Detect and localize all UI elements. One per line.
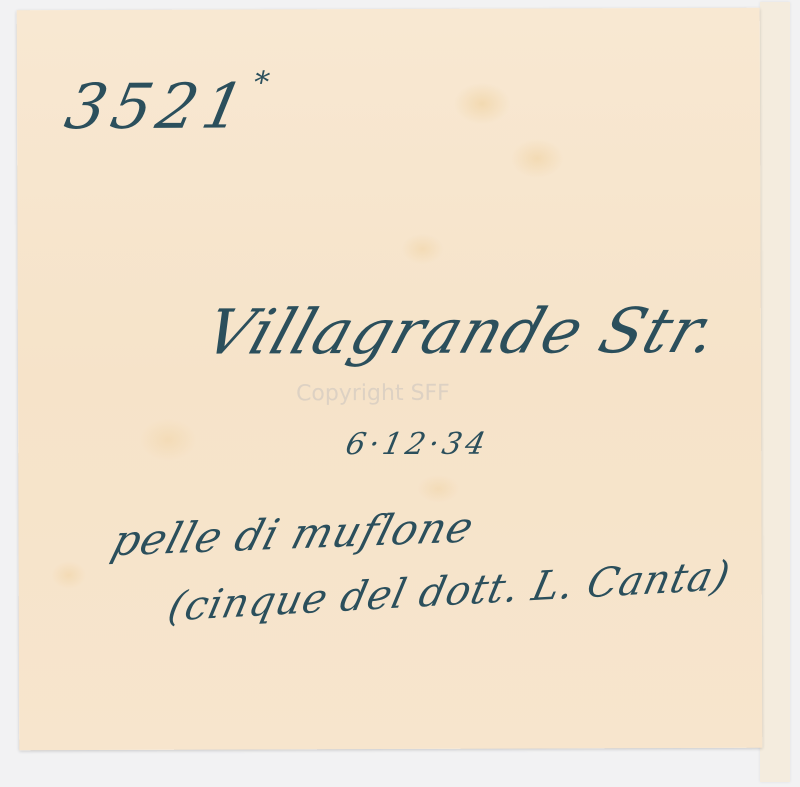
locality-text: Villagrande Str. — [196, 294, 728, 369]
specimen-description: pelle di muflone — [107, 502, 480, 565]
catalog-number: 3521* — [59, 69, 277, 143]
copyright-watermark: Copyright SFF — [296, 381, 450, 407]
catalog-number-value: 3521 — [59, 69, 256, 143]
underlying-sheet-edge — [760, 2, 790, 782]
collection-date: 6·12·34 — [343, 427, 493, 463]
specimen-donor-note: (cinque del dott. L. Canta) — [164, 553, 735, 631]
specimen-label-paper: 3521* Villagrande Str. Copyright SFF 6·1… — [17, 8, 763, 751]
